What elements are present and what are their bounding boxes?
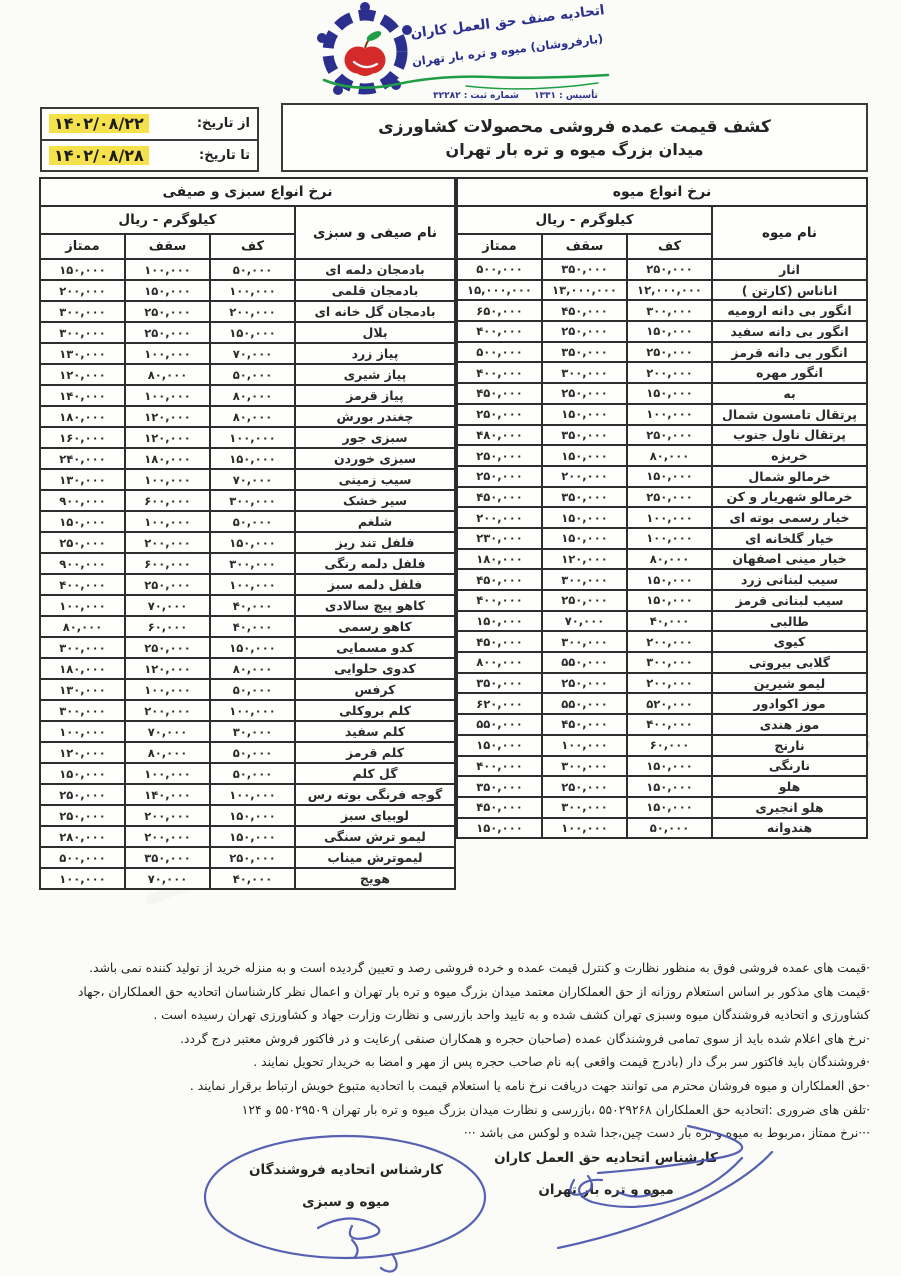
momtaz-price-cell: ۳۰۰,۰۰۰ [40, 700, 125, 721]
item-name-cell: خیار رسمی بوته ای [712, 507, 867, 528]
signature-left-title: کارشناس اتحادیه فروشندگان [208, 1162, 484, 1178]
item-name-cell: لیمو شیرین [712, 673, 867, 694]
item-name-cell: فلفل دلمه سبز [295, 574, 455, 595]
kaf-price-cell: ۳۰,۰۰۰ [210, 721, 295, 742]
item-name-cell: خرمالو شمال [712, 466, 867, 487]
saghf-price-cell: ۱۰۰,۰۰۰ [125, 679, 210, 700]
fruit-section-header: نرخ انواع میوه [457, 178, 867, 206]
kaf-price-cell: ۲۰۰,۰۰۰ [627, 631, 712, 652]
saghf-price-cell: ۱۴۰,۰۰۰ [125, 784, 210, 805]
kaf-price-cell: ۷۰,۰۰۰ [210, 343, 295, 364]
table-row: سبزی خوردن۱۵۰,۰۰۰۱۸۰,۰۰۰۲۴۰,۰۰۰ [40, 448, 455, 469]
kaf-price-cell: ۱۰۰,۰۰۰ [210, 280, 295, 301]
item-name-cell: فلفل دلمه رنگی [295, 553, 455, 574]
saghf-price-cell: ۲۰۰,۰۰۰ [125, 700, 210, 721]
momtaz-price-cell: ۱۵۰,۰۰۰ [40, 259, 125, 280]
item-name-cell: کاهو رسمی [295, 616, 455, 637]
table-row: سیب لبنانی زرد۱۵۰,۰۰۰۳۰۰,۰۰۰۴۵۰,۰۰۰ [457, 569, 867, 590]
veg-premium-column-header: ممتاز [40, 234, 125, 259]
saghf-price-cell: ۶۰,۰۰۰ [125, 616, 210, 637]
price-tables: نرخ انواع میوه نام میوه کیلوگرم - ریال ک… [40, 177, 868, 890]
momtaz-price-cell: ۱۵۰,۰۰۰ [40, 511, 125, 532]
table-row: سبزی جور۱۰۰,۰۰۰۱۲۰,۰۰۰۱۶۰,۰۰۰ [40, 427, 455, 448]
saghf-price-cell: ۸۰,۰۰۰ [125, 742, 210, 763]
kaf-price-cell: ۲۵۰,۰۰۰ [627, 487, 712, 508]
item-name-cell: کرفس [295, 679, 455, 700]
saghf-price-cell: ۶۰۰,۰۰۰ [125, 490, 210, 511]
momtaz-price-cell: ۱۵۰,۰۰۰ [457, 735, 542, 756]
kaf-price-cell: ۱۲,۰۰۰,۰۰۰ [627, 280, 712, 301]
momtaz-price-cell: ۱۸۰,۰۰۰ [457, 549, 542, 570]
to-date-row: تا تاریخ: ۱۴۰۲/۰۸/۲۸ [42, 141, 257, 171]
momtaz-price-cell: ۱۰۰,۰۰۰ [40, 721, 125, 742]
kaf-price-cell: ۲۵۰,۰۰۰ [627, 259, 712, 280]
saghf-price-cell: ۱۲۰,۰۰۰ [125, 406, 210, 427]
saghf-price-cell: ۳۰۰,۰۰۰ [542, 569, 627, 590]
saghf-price-cell: ۲۵۰,۰۰۰ [125, 574, 210, 595]
kaf-price-cell: ۵۰,۰۰۰ [210, 742, 295, 763]
veg-ceiling-column-header: سقف [125, 234, 210, 259]
kaf-price-cell: ۱۵۰,۰۰۰ [627, 383, 712, 404]
note-line: ·حق العملکاران و میوه فروشان محترم می تو… [40, 1075, 870, 1099]
union-logo: اتحادیه صنف حق العمل کاران (بارفروشان) م… [308, 2, 618, 104]
table-row: پرتقال تامسون شمال۱۰۰,۰۰۰۱۵۰,۰۰۰۲۵۰,۰۰۰ [457, 404, 867, 425]
note-line: ···نرخ ممتاز ،مربوط به میوه و تره بار دس… [40, 1122, 870, 1146]
momtaz-price-cell: ۲۵۰,۰۰۰ [457, 466, 542, 487]
document-title-box: کشف قیمت عمده فروشی محصولات کشاورزی میدا… [281, 103, 868, 172]
signature-left-subtitle: میوه و سبزی [208, 1194, 484, 1210]
table-row: کرفس۵۰,۰۰۰۱۰۰,۰۰۰۱۳۰,۰۰۰ [40, 679, 455, 700]
momtaz-price-cell: ۱۳۰,۰۰۰ [40, 343, 125, 364]
kaf-price-cell: ۱۰۰,۰۰۰ [627, 528, 712, 549]
kaf-price-cell: ۱۰۰,۰۰۰ [210, 427, 295, 448]
kaf-price-cell: ۱۰۰,۰۰۰ [210, 784, 295, 805]
signature-right-subtitle: میوه و تره بار تهران [468, 1182, 744, 1198]
kaf-price-cell: ۳۰۰,۰۰۰ [627, 300, 712, 321]
table-row: خربزه۸۰,۰۰۰۱۵۰,۰۰۰۲۵۰,۰۰۰ [457, 445, 867, 466]
kaf-price-cell: ۲۵۰,۰۰۰ [210, 847, 295, 868]
momtaz-price-cell: ۱۸۰,۰۰۰ [40, 658, 125, 679]
from-date-value: ۱۴۰۲/۰۸/۲۲ [49, 114, 149, 133]
kaf-price-cell: ۱۵۰,۰۰۰ [627, 590, 712, 611]
table-row: لیمو ترش سنگی۱۵۰,۰۰۰۲۰۰,۰۰۰۲۸۰,۰۰۰ [40, 826, 455, 847]
item-name-cell: کدو مسمایی [295, 637, 455, 658]
table-row: بادمجان گل خانه ای۲۰۰,۰۰۰۲۵۰,۰۰۰۳۰۰,۰۰۰ [40, 301, 455, 322]
item-name-cell: سبزی جور [295, 427, 455, 448]
table-row: فلفل دلمه رنگی۳۰۰,۰۰۰۶۰۰,۰۰۰۹۰۰,۰۰۰ [40, 553, 455, 574]
kaf-price-cell: ۱۰۰,۰۰۰ [627, 404, 712, 425]
table-row: بادمجان قلمی۱۰۰,۰۰۰۱۵۰,۰۰۰۲۰۰,۰۰۰ [40, 280, 455, 301]
momtaz-price-cell: ۳۰۰,۰۰۰ [40, 301, 125, 322]
table-row: خرمالو شهریار و کن۲۵۰,۰۰۰۳۵۰,۰۰۰۴۵۰,۰۰۰ [457, 487, 867, 508]
momtaz-price-cell: ۱۲۰,۰۰۰ [40, 364, 125, 385]
saghf-price-cell: ۲۰۰,۰۰۰ [125, 805, 210, 826]
momtaz-price-cell: ۴۰۰,۰۰۰ [40, 574, 125, 595]
saghf-price-cell: ۱۵۰,۰۰۰ [542, 528, 627, 549]
momtaz-price-cell: ۵۰۰,۰۰۰ [457, 259, 542, 280]
momtaz-price-cell: ۴۵۰,۰۰۰ [457, 631, 542, 652]
item-name-cell: هلو انجیری [712, 797, 867, 818]
item-name-cell: به [712, 383, 867, 404]
momtaz-price-cell: ۱۵۰,۰۰۰ [457, 818, 542, 839]
kaf-price-cell: ۵۰,۰۰۰ [210, 259, 295, 280]
momtaz-price-cell: ۲۸۰,۰۰۰ [40, 826, 125, 847]
to-date-value: ۱۴۰۲/۰۸/۲۸ [49, 146, 149, 165]
momtaz-price-cell: ۱۴۰,۰۰۰ [40, 385, 125, 406]
saghf-price-cell: ۳۵۰,۰۰۰ [542, 425, 627, 446]
green-wave-small [466, 83, 598, 89]
kaf-price-cell: ۳۰۰,۰۰۰ [210, 490, 295, 511]
saghf-price-cell: ۶۰۰,۰۰۰ [125, 553, 210, 574]
kaf-price-cell: ۸۰,۰۰۰ [627, 549, 712, 570]
saghf-price-cell: ۲۵۰,۰۰۰ [125, 637, 210, 658]
momtaz-price-cell: ۲۴۰,۰۰۰ [40, 448, 125, 469]
kaf-price-cell: ۱۵۰,۰۰۰ [210, 322, 295, 343]
kaf-price-cell: ۱۵۰,۰۰۰ [210, 826, 295, 847]
table-row: سیب لبنانی قرمز۱۵۰,۰۰۰۲۵۰,۰۰۰۴۰۰,۰۰۰ [457, 590, 867, 611]
table-row: انگور بی دانه سفید۱۵۰,۰۰۰۲۵۰,۰۰۰۴۰۰,۰۰۰ [457, 321, 867, 342]
table-row: موز اکوادور۵۲۰,۰۰۰۵۵۰,۰۰۰۶۲۰,۰۰۰ [457, 693, 867, 714]
momtaz-price-cell: ۱۵۰,۰۰۰ [40, 763, 125, 784]
item-name-cell: لیموترش میناب [295, 847, 455, 868]
item-name-cell: هویج [295, 868, 455, 889]
kaf-price-cell: ۱۵۰,۰۰۰ [627, 321, 712, 342]
saghf-price-cell: ۳۰۰,۰۰۰ [542, 756, 627, 777]
saghf-price-cell: ۱۰۰,۰۰۰ [125, 763, 210, 784]
table-row: طالبی۴۰,۰۰۰۷۰,۰۰۰۱۵۰,۰۰۰ [457, 611, 867, 632]
table-row: گوجه فرنگی بوته رس۱۰۰,۰۰۰۱۴۰,۰۰۰۲۵۰,۰۰۰ [40, 784, 455, 805]
veg-floor-column-header: کف [210, 234, 295, 259]
table-row: سیب زمینی۷۰,۰۰۰۱۰۰,۰۰۰۱۳۰,۰۰۰ [40, 469, 455, 490]
saghf-price-cell: ۱۰۰,۰۰۰ [542, 818, 627, 839]
momtaz-price-cell: ۲۵۰,۰۰۰ [40, 784, 125, 805]
item-name-cell: موز اکوادور [712, 693, 867, 714]
kaf-price-cell: ۱۵۰,۰۰۰ [210, 448, 295, 469]
table-row: خیار رسمی بوته ای۱۰۰,۰۰۰۱۵۰,۰۰۰۲۰۰,۰۰۰ [457, 507, 867, 528]
item-name-cell: خیار گلخانه ای [712, 528, 867, 549]
item-name-cell: خربزه [712, 445, 867, 466]
page-title: کشف قیمت عمده فروشی محصولات کشاورزی [378, 117, 771, 137]
fruit-floor-column-header: کف [627, 234, 712, 259]
kaf-price-cell: ۲۰۰,۰۰۰ [627, 673, 712, 694]
table-row: گلابی بیروتی۳۰۰,۰۰۰۵۵۰,۰۰۰۸۰۰,۰۰۰ [457, 652, 867, 673]
table-row: لیموترش میناب۲۵۰,۰۰۰۳۵۰,۰۰۰۵۰۰,۰۰۰ [40, 847, 455, 868]
saghf-price-cell: ۳۵۰,۰۰۰ [542, 259, 627, 280]
table-row: نارنج۶۰,۰۰۰۱۰۰,۰۰۰۱۵۰,۰۰۰ [457, 735, 867, 756]
momtaz-price-cell: ۴۵۰,۰۰۰ [457, 383, 542, 404]
item-name-cell: نارنج [712, 735, 867, 756]
kaf-price-cell: ۴۰۰,۰۰۰ [627, 714, 712, 735]
table-row: بلال۱۵۰,۰۰۰۲۵۰,۰۰۰۳۰۰,۰۰۰ [40, 322, 455, 343]
saghf-price-cell: ۲۵۰,۰۰۰ [542, 776, 627, 797]
logo-ring-dot [317, 33, 327, 43]
saghf-price-cell: ۱۰۰,۰۰۰ [125, 511, 210, 532]
item-name-cell: سیب زمینی [295, 469, 455, 490]
momtaz-price-cell: ۲۵۰,۰۰۰ [457, 445, 542, 466]
item-name-cell: سیب لبنانی قرمز [712, 590, 867, 611]
from-date-label: از تاریخ: [197, 116, 250, 131]
saghf-price-cell: ۱۲۰,۰۰۰ [125, 427, 210, 448]
table-row: پیاز شیری۵۰,۰۰۰۸۰,۰۰۰۱۲۰,۰۰۰ [40, 364, 455, 385]
table-row: فلفل دلمه سبز۱۰۰,۰۰۰۲۵۰,۰۰۰۴۰۰,۰۰۰ [40, 574, 455, 595]
item-name-cell: انگور بی دانه سفید [712, 321, 867, 342]
momtaz-price-cell: ۳۰۰,۰۰۰ [40, 637, 125, 658]
saghf-price-cell: ۱۲۰,۰۰۰ [542, 549, 627, 570]
table-row: کدو مسمایی۱۵۰,۰۰۰۲۵۰,۰۰۰۳۰۰,۰۰۰ [40, 637, 455, 658]
momtaz-price-cell: ۴۵۰,۰۰۰ [457, 487, 542, 508]
kaf-price-cell: ۸۰,۰۰۰ [210, 385, 295, 406]
item-name-cell: بلال [295, 322, 455, 343]
item-name-cell: پرتقال ناول جنوب [712, 425, 867, 446]
saghf-price-cell: ۳۰۰,۰۰۰ [542, 362, 627, 383]
table-row: انگور مهره۲۰۰,۰۰۰۳۰۰,۰۰۰۴۰۰,۰۰۰ [457, 362, 867, 383]
item-name-cell: گل کلم [295, 763, 455, 784]
kaf-price-cell: ۱۰۰,۰۰۰ [627, 507, 712, 528]
item-name-cell: سیر خشک [295, 490, 455, 511]
item-name-cell: چغندر بورش [295, 406, 455, 427]
item-name-cell: گلابی بیروتی [712, 652, 867, 673]
saghf-price-cell: ۱۰۰,۰۰۰ [125, 469, 210, 490]
item-name-cell: سیب لبنانی زرد [712, 569, 867, 590]
signature-right-title: کارشناس اتحادیه حق العمل کاران [468, 1150, 744, 1166]
item-name-cell: بادمجان گل خانه ای [295, 301, 455, 322]
kaf-price-cell: ۲۰۰,۰۰۰ [210, 301, 295, 322]
saghf-price-cell: ۱۰۰,۰۰۰ [125, 343, 210, 364]
kaf-price-cell: ۱۵۰,۰۰۰ [627, 466, 712, 487]
kaf-price-cell: ۲۵۰,۰۰۰ [627, 342, 712, 363]
kaf-price-cell: ۸۰,۰۰۰ [210, 406, 295, 427]
momtaz-price-cell: ۴۰۰,۰۰۰ [457, 362, 542, 383]
saghf-price-cell: ۷۰,۰۰۰ [542, 611, 627, 632]
item-name-cell: بادمجان قلمی [295, 280, 455, 301]
momtaz-price-cell: ۱۵۰,۰۰۰ [457, 611, 542, 632]
kaf-price-cell: ۱۵۰,۰۰۰ [627, 776, 712, 797]
momtaz-price-cell: ۸۰,۰۰۰ [40, 616, 125, 637]
item-name-cell: انگور بی دانه قرمز [712, 342, 867, 363]
table-row: فلفل تند ریز۱۵۰,۰۰۰۲۰۰,۰۰۰۲۵۰,۰۰۰ [40, 532, 455, 553]
item-name-cell: هندوانه [712, 818, 867, 839]
fruit-name-column-header: نام میوه [712, 206, 867, 259]
momtaz-price-cell: ۳۵۰,۰۰۰ [457, 673, 542, 694]
kaf-price-cell: ۱۵۰,۰۰۰ [627, 756, 712, 777]
item-name-cell: لوبیای سبز [295, 805, 455, 826]
saghf-price-cell: ۲۵۰,۰۰۰ [125, 301, 210, 322]
kaf-price-cell: ۴۰,۰۰۰ [627, 611, 712, 632]
momtaz-price-cell: ۸۰۰,۰۰۰ [457, 652, 542, 673]
kaf-price-cell: ۴۰,۰۰۰ [210, 868, 295, 889]
note-line: ·فروشندگان باید فاکتور سر برگ دار (بادرج… [40, 1051, 870, 1075]
table-row: لیمو شیرین۲۰۰,۰۰۰۲۵۰,۰۰۰۳۵۰,۰۰۰ [457, 673, 867, 694]
kaf-price-cell: ۲۵۰,۰۰۰ [627, 425, 712, 446]
footer-notes: ·قیمت های عمده فروشی فوق به منظور نظارت … [40, 957, 870, 1146]
note-line: ·قیمت های عمده فروشی فوق به منظور نظارت … [40, 957, 870, 981]
saghf-price-cell: ۲۰۰,۰۰۰ [125, 826, 210, 847]
momtaz-price-cell: ۱۲۰,۰۰۰ [40, 742, 125, 763]
momtaz-price-cell: ۹۰۰,۰۰۰ [40, 490, 125, 511]
note-line: ·تلفن های ضروری :اتحادیه حق العملکاران ۵… [40, 1099, 870, 1123]
kaf-price-cell: ۱۰۰,۰۰۰ [210, 574, 295, 595]
momtaz-price-cell: ۱۵,۰۰۰,۰۰۰ [457, 280, 542, 301]
saghf-price-cell: ۲۰۰,۰۰۰ [542, 466, 627, 487]
kaf-price-cell: ۵۰,۰۰۰ [210, 511, 295, 532]
vegetable-price-table: نرخ انواع سبزی و صیفی نام صیفی و سبزی کی… [39, 177, 456, 890]
table-row: چغندر بورش۸۰,۰۰۰۱۲۰,۰۰۰۱۸۰,۰۰۰ [40, 406, 455, 427]
saghf-price-cell: ۵۵۰,۰۰۰ [542, 693, 627, 714]
momtaz-price-cell: ۱۰۰,۰۰۰ [40, 868, 125, 889]
saghf-price-cell: ۱۸۰,۰۰۰ [125, 448, 210, 469]
item-name-cell: نارنگی [712, 756, 867, 777]
saghf-price-cell: ۲۵۰,۰۰۰ [542, 321, 627, 342]
kaf-price-cell: ۴۰,۰۰۰ [210, 595, 295, 616]
item-name-cell: انار [712, 259, 867, 280]
note-line: ·قیمت های مذکور بر اساس استعلام روزانه ا… [40, 981, 870, 1028]
item-name-cell: سبزی خوردن [295, 448, 455, 469]
table-row: هلو۱۵۰,۰۰۰۲۵۰,۰۰۰۳۵۰,۰۰۰ [457, 776, 867, 797]
momtaz-price-cell: ۴۰۰,۰۰۰ [457, 756, 542, 777]
saghf-price-cell: ۲۰۰,۰۰۰ [125, 532, 210, 553]
fruit-premium-column-header: ممتاز [457, 234, 542, 259]
kaf-price-cell: ۵۰,۰۰۰ [210, 763, 295, 784]
momtaz-price-cell: ۱۸۰,۰۰۰ [40, 406, 125, 427]
saghf-price-cell: ۱۵۰,۰۰۰ [542, 507, 627, 528]
table-row: انگور بی دانه قرمز۲۵۰,۰۰۰۳۵۰,۰۰۰۵۰۰,۰۰۰ [457, 342, 867, 363]
kaf-price-cell: ۵۲۰,۰۰۰ [627, 693, 712, 714]
logo-ring-dot [360, 2, 370, 12]
saghf-price-cell: ۲۵۰,۰۰۰ [542, 383, 627, 404]
saghf-price-cell: ۱۵۰,۰۰۰ [542, 445, 627, 466]
date-range-box: از تاریخ: ۱۴۰۲/۰۸/۲۲ تا تاریخ: ۱۴۰۲/۰۸/۲… [40, 107, 259, 172]
saghf-price-cell: ۱۰۰,۰۰۰ [542, 735, 627, 756]
veg-section-header: نرخ انواع سبزی و صیفی [40, 178, 455, 206]
item-name-cell: اناناس (کارتن ) [712, 280, 867, 301]
momtaz-price-cell: ۴۰۰,۰۰۰ [457, 590, 542, 611]
momtaz-price-cell: ۳۵۰,۰۰۰ [457, 776, 542, 797]
table-row: شلغم۵۰,۰۰۰۱۰۰,۰۰۰۱۵۰,۰۰۰ [40, 511, 455, 532]
table-row: پیاز قرمز۸۰,۰۰۰۱۰۰,۰۰۰۱۴۰,۰۰۰ [40, 385, 455, 406]
item-name-cell: پیاز شیری [295, 364, 455, 385]
kaf-price-cell: ۲۰۰,۰۰۰ [627, 362, 712, 383]
table-row: به۱۵۰,۰۰۰۲۵۰,۰۰۰۴۵۰,۰۰۰ [457, 383, 867, 404]
to-date-label: تا تاریخ: [199, 148, 250, 163]
kaf-price-cell: ۱۰۰,۰۰۰ [210, 700, 295, 721]
kaf-price-cell: ۸۰,۰۰۰ [627, 445, 712, 466]
table-row: انار۲۵۰,۰۰۰۳۵۰,۰۰۰۵۰۰,۰۰۰ [457, 259, 867, 280]
momtaz-price-cell: ۶۵۰,۰۰۰ [457, 300, 542, 321]
saghf-price-cell: ۳۵۰,۰۰۰ [125, 847, 210, 868]
veg-name-column-header: نام صیفی و سبزی [295, 206, 455, 259]
saghf-price-cell: ۲۵۰,۰۰۰ [542, 590, 627, 611]
note-line: ·نرخ های اعلام شده باید از سوی تمامی فرو… [40, 1028, 870, 1052]
saghf-price-cell: ۱۲۰,۰۰۰ [125, 658, 210, 679]
table-row: کیوی۲۰۰,۰۰۰۳۰۰,۰۰۰۴۵۰,۰۰۰ [457, 631, 867, 652]
kaf-price-cell: ۱۵۰,۰۰۰ [210, 637, 295, 658]
fruit-unit-header: کیلوگرم - ریال [457, 206, 712, 234]
item-name-cell: کلم سفید [295, 721, 455, 742]
table-row: پیاز زرد۷۰,۰۰۰۱۰۰,۰۰۰۱۳۰,۰۰۰ [40, 343, 455, 364]
momtaz-price-cell: ۵۵۰,۰۰۰ [457, 714, 542, 735]
momtaz-price-cell: ۱۰۰,۰۰۰ [40, 595, 125, 616]
table-row: خرمالو شمال۱۵۰,۰۰۰۲۰۰,۰۰۰۲۵۰,۰۰۰ [457, 466, 867, 487]
logo-registration-number: شماره ثبت : ۳۲۲۸۲ [433, 91, 519, 101]
saghf-price-cell: ۴۵۰,۰۰۰ [542, 714, 627, 735]
kaf-price-cell: ۵۰,۰۰۰ [210, 679, 295, 700]
momtaz-price-cell: ۳۰۰,۰۰۰ [40, 322, 125, 343]
item-name-cell: پیاز زرد [295, 343, 455, 364]
kaf-price-cell: ۵۰,۰۰۰ [210, 364, 295, 385]
saghf-price-cell: ۱۵۰,۰۰۰ [542, 404, 627, 425]
momtaz-price-cell: ۴۵۰,۰۰۰ [457, 569, 542, 590]
saghf-price-cell: ۲۵۰,۰۰۰ [542, 673, 627, 694]
table-row: پرتقال ناول جنوب۲۵۰,۰۰۰۳۵۰,۰۰۰۴۸۰,۰۰۰ [457, 425, 867, 446]
page-subtitle: میدان بزرگ میوه و تره بار تهران [446, 140, 704, 159]
kaf-price-cell: ۵۰,۰۰۰ [627, 818, 712, 839]
table-row: هلو انجیری۱۵۰,۰۰۰۳۰۰,۰۰۰۴۵۰,۰۰۰ [457, 797, 867, 818]
item-name-cell: کلم بروکلی [295, 700, 455, 721]
kaf-price-cell: ۸۰,۰۰۰ [210, 658, 295, 679]
item-name-cell: کلم قرمز [295, 742, 455, 763]
momtaz-price-cell: ۲۵۰,۰۰۰ [40, 805, 125, 826]
veg-unit-header: کیلوگرم - ریال [40, 206, 295, 234]
item-name-cell: کدوی حلوایی [295, 658, 455, 679]
saghf-price-cell: ۳۵۰,۰۰۰ [542, 487, 627, 508]
item-name-cell: انگور بی دانه ارومیه [712, 300, 867, 321]
logo-established-year: تأسیس : ۱۳۳۱ [534, 89, 598, 101]
momtaz-price-cell: ۲۰۰,۰۰۰ [457, 507, 542, 528]
item-name-cell: کاهو پیچ سالادی [295, 595, 455, 616]
from-date-row: از تاریخ: ۱۴۰۲/۰۸/۲۲ [42, 109, 257, 141]
table-row: خیار مینی اصفهان۸۰,۰۰۰۱۲۰,۰۰۰۱۸۰,۰۰۰ [457, 549, 867, 570]
item-name-cell: انگور مهره [712, 362, 867, 383]
momtaz-price-cell: ۲۵۰,۰۰۰ [457, 404, 542, 425]
saghf-price-cell: ۳۰۰,۰۰۰ [542, 797, 627, 818]
table-row: هندوانه۵۰,۰۰۰۱۰۰,۰۰۰۱۵۰,۰۰۰ [457, 818, 867, 839]
momtaz-price-cell: ۵۰۰,۰۰۰ [457, 342, 542, 363]
saghf-price-cell: ۱۰۰,۰۰۰ [125, 259, 210, 280]
fruit-ceiling-column-header: سقف [542, 234, 627, 259]
momtaz-price-cell: ۲۰۰,۰۰۰ [40, 280, 125, 301]
kaf-price-cell: ۱۵۰,۰۰۰ [210, 805, 295, 826]
momtaz-price-cell: ۹۰۰,۰۰۰ [40, 553, 125, 574]
kaf-price-cell: ۳۰۰,۰۰۰ [210, 553, 295, 574]
signature-block-right: کارشناس اتحادیه حق العمل کاران میوه و تر… [468, 1150, 744, 1198]
item-name-cell: موز هندی [712, 714, 867, 735]
item-name-cell: خرمالو شهریار و کن [712, 487, 867, 508]
kaf-price-cell: ۴۰,۰۰۰ [210, 616, 295, 637]
table-row: نارنگی۱۵۰,۰۰۰۳۰۰,۰۰۰۴۰۰,۰۰۰ [457, 756, 867, 777]
saghf-price-cell: ۷۰,۰۰۰ [125, 595, 210, 616]
item-name-cell: بادمجان دلمه ای [295, 259, 455, 280]
table-row: کلم سفید۳۰,۰۰۰۷۰,۰۰۰۱۰۰,۰۰۰ [40, 721, 455, 742]
kaf-price-cell: ۶۰,۰۰۰ [627, 735, 712, 756]
saghf-price-cell: ۸۰,۰۰۰ [125, 364, 210, 385]
kaf-price-cell: ۱۵۰,۰۰۰ [627, 569, 712, 590]
table-row: هویج۴۰,۰۰۰۷۰,۰۰۰۱۰۰,۰۰۰ [40, 868, 455, 889]
table-row: اناناس (کارتن )۱۲,۰۰۰,۰۰۰۱۳,۰۰۰,۰۰۰۱۵,۰۰… [457, 280, 867, 301]
item-name-cell: شلغم [295, 511, 455, 532]
kaf-price-cell: ۱۵۰,۰۰۰ [627, 797, 712, 818]
table-row: خیار گلخانه ای۱۰۰,۰۰۰۱۵۰,۰۰۰۲۳۰,۰۰۰ [457, 528, 867, 549]
saghf-price-cell: ۷۰,۰۰۰ [125, 868, 210, 889]
momtaz-price-cell: ۶۲۰,۰۰۰ [457, 693, 542, 714]
momtaz-price-cell: ۴۰۰,۰۰۰ [457, 321, 542, 342]
saghf-price-cell: ۱۰۰,۰۰۰ [125, 385, 210, 406]
saghf-price-cell: ۴۵۰,۰۰۰ [542, 300, 627, 321]
momtaz-price-cell: ۴۵۰,۰۰۰ [457, 797, 542, 818]
saghf-price-cell: ۲۵۰,۰۰۰ [125, 322, 210, 343]
item-name-cell: خیار مینی اصفهان [712, 549, 867, 570]
kaf-price-cell: ۷۰,۰۰۰ [210, 469, 295, 490]
table-row: لوبیای سبز۱۵۰,۰۰۰۲۰۰,۰۰۰۲۵۰,۰۰۰ [40, 805, 455, 826]
